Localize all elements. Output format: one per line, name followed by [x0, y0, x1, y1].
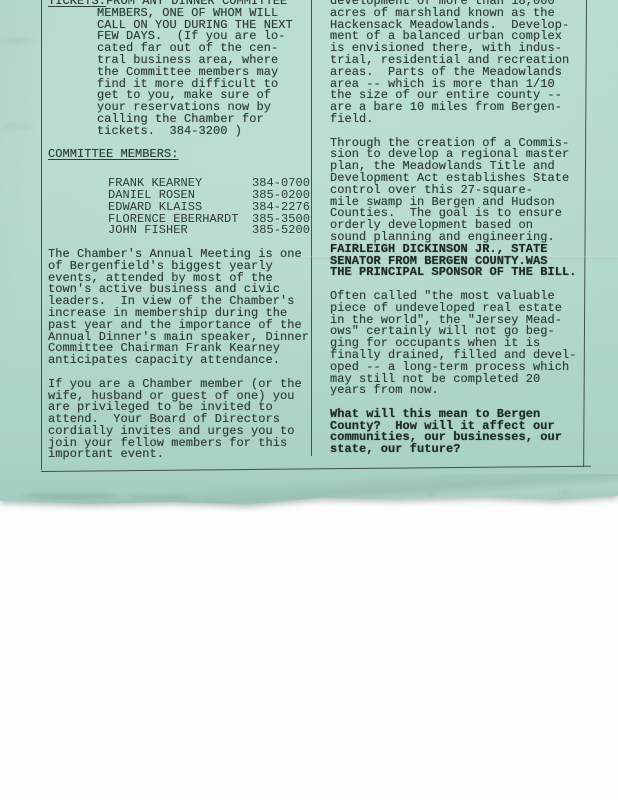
text-line: important event.: [48, 449, 310, 461]
jersey-meadows-paragraph: Often called "the most valuablepiece of …: [330, 291, 586, 397]
invitation-paragraph: If you are a Chamber member (or thewife,…: [48, 379, 310, 462]
right-column: development of more than 18,000acres of …: [330, 0, 586, 456]
committee-members-list: FRANK KEARNEY384-0700DANIEL ROSEN385-020…: [48, 178, 310, 237]
bleedthrough-smudge: [428, 492, 435, 496]
text-line: field.: [330, 114, 586, 126]
bleedthrough-smudge: [128, 495, 190, 500]
bleedthrough-smudge: [0, 38, 34, 43]
annual-meeting-paragraph: The Chamber's Annual Meeting is oneof Be…: [48, 249, 310, 367]
text-line: years from now.: [330, 385, 586, 397]
bleedthrough-smudge: [2, 124, 32, 129]
text-line: state, our future?: [330, 444, 586, 456]
member-row: JOHN FISHER385-5200: [48, 225, 310, 237]
closing-questions-paragraph: What will this mean to BergenCounty? How…: [330, 409, 586, 456]
text-line: THE PRINCIPAL SPONSOR OF THE BILL.: [330, 267, 586, 279]
bottom-border-rule: [41, 466, 591, 473]
meadowlands-paragraph: development of more than 18,000acres of …: [330, 0, 586, 126]
sponsor-paragraph: FAIRLEIGH DICKINSON JR., STATESENATOR FR…: [330, 244, 586, 279]
committee-members-heading: COMMITTEE MEMBERS:: [48, 149, 310, 161]
paper-wrinkle: [0, 474, 618, 506]
page-background: TICKETS:FROM ANY DINNER COMMITTEEMEMBERS…: [0, 0, 618, 800]
text-line: tickets. 384-3200 ): [97, 126, 310, 138]
section-label: COMMITTEE MEMBERS:: [48, 147, 179, 161]
text-line: anticipates capacity attendance.: [48, 355, 310, 367]
column-divider-rule: [311, 0, 312, 456]
paper-sheet: TICKETS:FROM ANY DINNER COMMITTEEMEMBERS…: [0, 0, 618, 508]
member-name: JOHN FISHER: [108, 225, 252, 237]
bleedthrough-smudge: [22, 493, 117, 499]
bleedthrough-smudge: [560, 489, 570, 494]
commission-paragraph: Through the creation of a Commis-sion to…: [330, 138, 586, 244]
tickets-section: TICKETS:FROM ANY DINNER COMMITTEEMEMBERS…: [48, 0, 310, 138]
text-line: COMMITTEE MEMBERS:: [48, 149, 310, 161]
column-rule-left: [41, 0, 42, 470]
paper-shadow: TICKETS:FROM ANY DINNER COMMITTEEMEMBERS…: [0, 0, 618, 508]
member-phone: 385-5200: [252, 225, 310, 237]
left-column: TICKETS:FROM ANY DINNER COMMITTEEMEMBERS…: [48, 0, 310, 461]
